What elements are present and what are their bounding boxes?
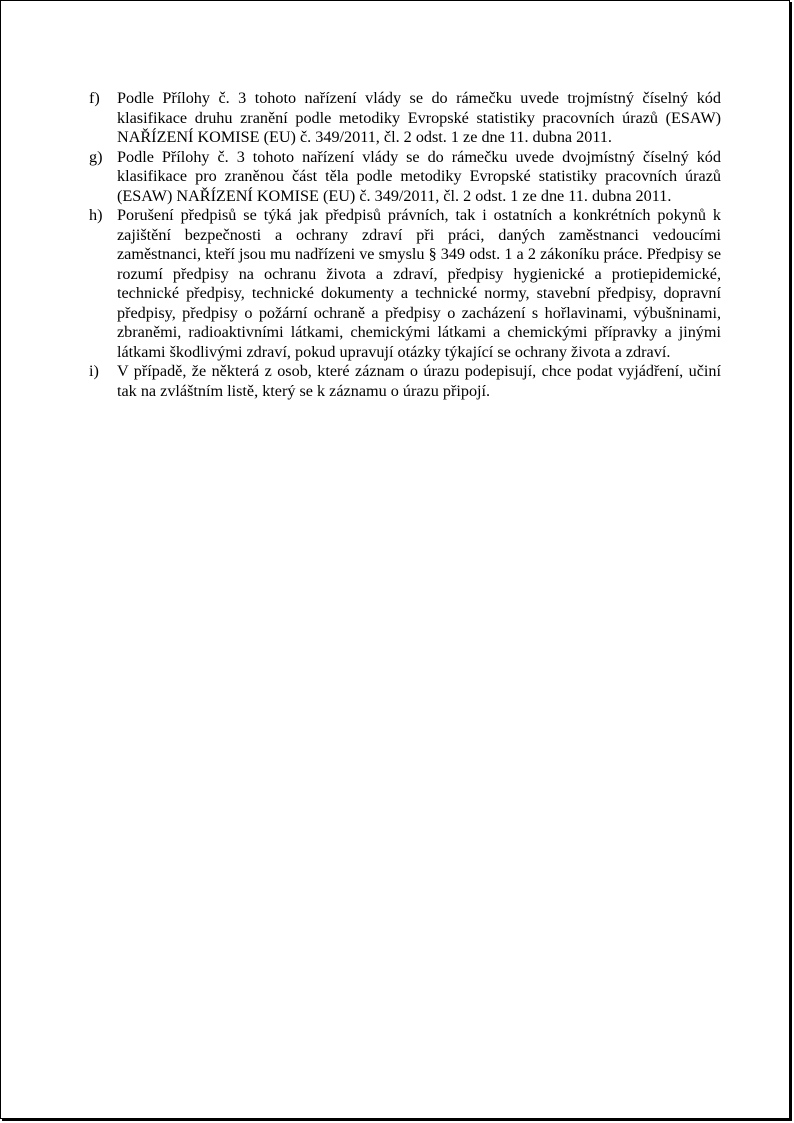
footnote-i: i) V případě, že některá z osob, které z… [89, 362, 721, 401]
footnote-text: Podle Přílohy č. 3 tohoto nařízení vlády… [117, 148, 721, 207]
footnote-label: h) [89, 206, 117, 226]
footnote-text: Porušení předpisů se týká jak předpisů p… [117, 206, 721, 362]
footnote-list: f) Podle Přílohy č. 3 tohoto nařízení vl… [89, 89, 721, 401]
footnote-h: h) Porušení předpisů se týká jak předpis… [89, 206, 721, 362]
footnote-text: Podle Přílohy č. 3 tohoto nařízení vlády… [117, 89, 721, 148]
document-page: f) Podle Přílohy č. 3 tohoto nařízení vl… [0, 0, 790, 1119]
footnote-label: f) [89, 89, 117, 109]
footnote-text: V případě, že některá z osob, které zázn… [117, 362, 721, 401]
footnote-label: i) [89, 362, 117, 382]
footnote-g: g) Podle Přílohy č. 3 tohoto nařízení vl… [89, 148, 721, 207]
footnote-f: f) Podle Přílohy č. 3 tohoto nařízení vl… [89, 89, 721, 148]
footnote-label: g) [89, 148, 117, 168]
